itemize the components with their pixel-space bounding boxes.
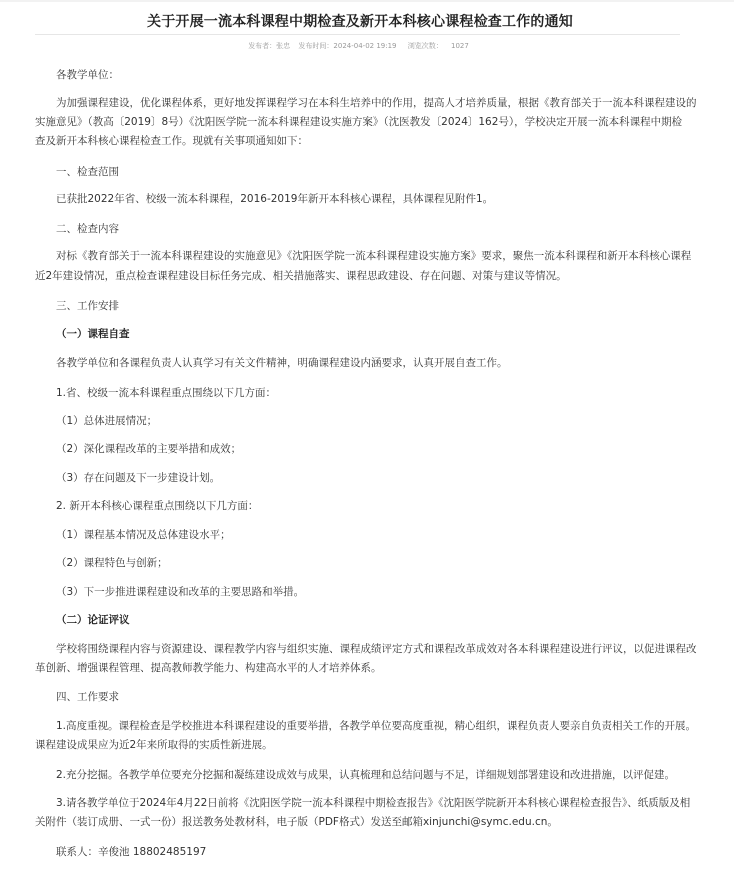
item1-point-2: （2）深化课程改革的主要举措和成效； <box>56 442 241 456</box>
views-count: 1027 <box>451 42 469 50</box>
intro-line-2: 实施意见》（教高〔2019〕8号）《沈阳医学院一流本科课程建设实施方案》（沈医教… <box>35 115 682 129</box>
publisher: 发布者：张忠 <box>248 42 290 50</box>
section3-sub2-body-line-1: 学校将围绕课程内容与资源建设、课程教学内容与组织实施、课程成绩评定方式和课程改革… <box>56 642 697 656</box>
requirement-2: 2.充分挖掘。各教学单位要充分挖掘和凝练建设成效与成果，认真梳理和总结问题与不足… <box>56 768 675 782</box>
section3-sub2-heading: （二）论证评议 <box>56 613 130 627</box>
salutation: 各教学单位： <box>56 68 119 82</box>
requirement-3-line-2: 关附件（装订成册、一式一份）报送教务处教材科，电子版（PDF格式）发送至邮箱xi… <box>35 815 558 829</box>
section3-sub1-body: 各教学单位和各课程负责人认真学习有关文件精神，明确课程建设内涵要求，认真开展自查… <box>56 356 508 370</box>
item1-point-3: （3）存在问题及下一步建设计划。 <box>56 471 220 485</box>
publish-time: 发布时间：2024-04-02 19:19 <box>298 42 396 50</box>
item2-point-1: （1）课程基本情况及总体建设水平； <box>56 528 231 542</box>
item1-heading: 1.省、校级一流本科课程重点围绕以下几方面： <box>56 386 276 400</box>
top-border <box>0 0 734 2</box>
item2-point-3: （3）下一步推进课程建设和改革的主要思路和举措。 <box>56 585 304 599</box>
article-title: 关于开展一流本科课程中期检查及新开本科核心课程检查工作的通知 <box>0 12 720 32</box>
intro-line-1: 为加强课程建设，优化课程体系，更好地发挥课程学习在本科生培养中的作用，提高人才培… <box>56 96 697 110</box>
requirement-1-line-1: 1.高度重视。课程检查是学校推进本科课程建设的重要举措，各教学单位要高度重视，精… <box>56 719 696 733</box>
section2-body-line-1: 对标《教育部关于一流本科课程建设的实施意见》《沈阳医学院一流本科课程建设实施方案… <box>56 249 691 263</box>
contact-info: 联系人：辛俊池 18802485197 <box>56 845 206 859</box>
section3-sub1-heading: （一）课程自查 <box>56 327 130 341</box>
requirement-3-line-1: 3.请各教学单位于2024年4月22日前将《沈阳医学院一流本科课程中期检查报告》… <box>56 796 690 810</box>
title-divider <box>35 34 680 35</box>
item1-point-1: （1）总体进展情况； <box>56 414 157 428</box>
section1-heading: 一、检查范围 <box>56 165 119 179</box>
views-label: 浏览次数： 1027 <box>405 42 472 50</box>
section2-body-line-2: 近2年建设情况，重点检查课程建设目标任务完成、相关措施落实、课程思政建设、存在问… <box>35 269 567 283</box>
section3-heading: 三、工作安排 <box>56 299 119 313</box>
article-meta: 发布者：张忠 发布时间：2024-04-02 19:19 浏览次数： 1027 <box>0 40 720 52</box>
requirement-1-line-2: 课程建设成果应为近2年来所取得的实质性新进展。 <box>35 738 273 752</box>
intro-line-3: 查及新开本科核心课程检查工作。现就有关事项通知如下： <box>35 134 308 148</box>
item2-heading: 2. 新开本科核心课程重点围绕以下几方面： <box>56 499 258 513</box>
section3-sub2-body-line-2: 革创新、增强课程管理、提高教师教学能力、构建高水平的人才培养体系。 <box>35 661 382 675</box>
section1-body: 已获批2022年省、校级一流本科课程，2016-2019年新开本科核心课程，具体… <box>56 192 493 206</box>
section2-heading: 二、检查内容 <box>56 222 119 236</box>
views-label-text: 浏览次数： <box>408 42 443 50</box>
item2-point-2: （2）课程特色与创新； <box>56 556 168 570</box>
section4-heading: 四、工作要求 <box>56 690 119 704</box>
